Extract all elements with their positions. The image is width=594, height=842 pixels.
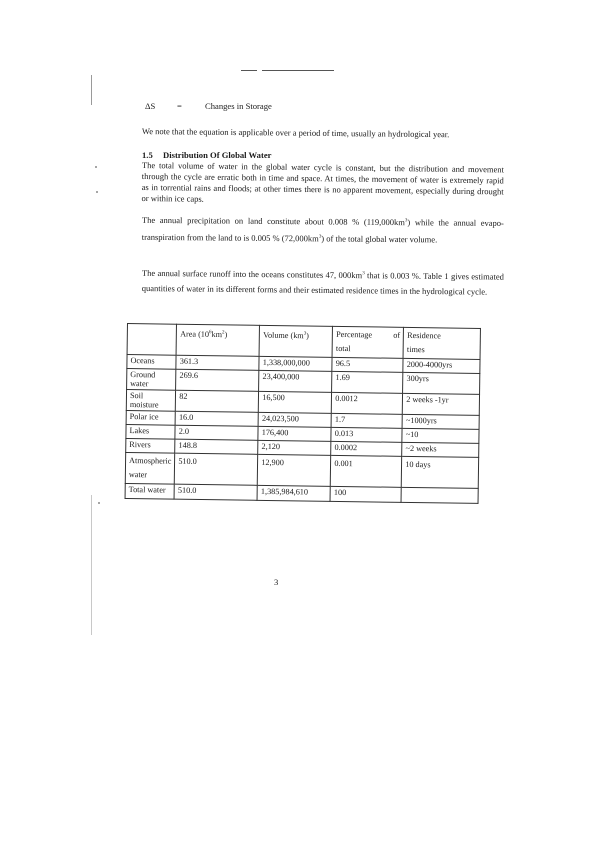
cell-area: 510.0 — [174, 484, 257, 500]
cell-residence: 2000-4000yrs — [403, 358, 480, 373]
paragraph-equation-note: We note that the equation is applicable … — [142, 126, 504, 141]
header-cell-form — [127, 324, 177, 356]
text-run: total — [336, 342, 400, 357]
text-run: water — [129, 468, 171, 483]
header-rule — [262, 70, 334, 71]
cell-form: Total water — [125, 483, 175, 499]
header-cell-volume: Volume (km3) — [259, 325, 332, 357]
cell-area: 510.0 — [175, 453, 258, 485]
cell-form: Polar ice — [126, 410, 175, 425]
equation-meaning: Changes in Storage — [205, 101, 272, 111]
text-run: of — [393, 329, 400, 343]
cell-form: Lakes — [126, 424, 175, 439]
cell-residence: ~1000yrs — [402, 414, 479, 429]
scan-margin-mark — [91, 495, 92, 635]
cell-area: 82 — [176, 390, 259, 412]
cell-percentage: 0.001 — [331, 455, 402, 487]
water-distribution-table-wrapper: Area (106km2) Volume (km3) Percentageoft… — [125, 323, 482, 504]
text-run: ) of the total global water volume. — [321, 233, 437, 244]
cell-area: 269.6 — [176, 369, 259, 391]
cell-residence: ~10 — [402, 428, 479, 443]
equation-definition: ΔS=Changes in Storage — [145, 101, 272, 111]
section-heading: 1.5Distribution Of Global Water — [142, 150, 271, 160]
cell-percentage: 1.7 — [331, 413, 402, 428]
equation-symbol: ΔS — [145, 101, 177, 111]
scan-speck — [96, 191, 98, 193]
header-cell-residence: Residencetimes — [403, 327, 480, 359]
text-run: Percentage — [336, 328, 372, 343]
text-run: The annual surface runoff into the ocean… — [142, 268, 362, 280]
cell-form: Oceans — [127, 355, 176, 370]
scan-speck — [98, 502, 100, 504]
water-distribution-table: Area (106km2) Volume (km3) Percentageoft… — [125, 323, 482, 504]
cell-volume: 12,900 — [258, 454, 331, 486]
cell-volume: 16,500 — [259, 391, 332, 413]
cell-residence: 10 days — [402, 456, 479, 488]
cell-volume: 2,120 — [258, 440, 331, 455]
cell-volume: 23,400,000 — [259, 370, 332, 392]
cell-volume: 1,338,000,000 — [259, 356, 332, 371]
cell-volume: 1,385,984,610 — [257, 485, 330, 501]
text-run: Residence — [407, 329, 477, 344]
text-run: Volume (km — [263, 331, 304, 341]
cell-form: Soil moisture — [126, 390, 176, 412]
cell-form: Atmosphericwater — [125, 452, 175, 484]
header-cell-area: Area (106km2) — [176, 324, 259, 356]
cell-residence: ~2 weeks — [402, 442, 479, 457]
text-run: ) — [306, 331, 309, 340]
section-title: Distribution Of Global Water — [163, 150, 271, 160]
text-run: km — [211, 330, 222, 339]
cell-percentage: 0.0002 — [331, 441, 402, 456]
document-page: ΔS=Changes in Storage We note that the e… — [0, 0, 594, 842]
cell-volume: 176,400 — [258, 426, 331, 441]
cell-percentage: 96.5 — [332, 357, 403, 372]
scan-margin-mark — [91, 75, 92, 105]
cell-residence: 300yrs — [403, 372, 480, 394]
cell-percentage: 100 — [330, 486, 401, 502]
cell-area: 148.8 — [175, 439, 258, 454]
text-run: The annual precipitation on land constit… — [142, 215, 405, 227]
cell-form: Rivers — [126, 438, 175, 453]
cell-residence: 2 weeks -1yr — [403, 393, 480, 415]
section-number: 1.5 — [142, 150, 163, 160]
paragraph-global-water: The total volume of water in the global … — [141, 160, 504, 208]
scan-speck — [95, 166, 97, 168]
text-run: times — [407, 343, 477, 358]
cell-form: Ground water — [127, 369, 177, 391]
cell-area: 16.0 — [175, 411, 258, 426]
cell-area: 2.0 — [175, 425, 258, 440]
cell-volume: 24,023,500 — [258, 412, 331, 427]
paragraph-runoff: The annual surface runoff into the ocean… — [142, 264, 504, 300]
text-run: Area (10 — [180, 329, 209, 338]
cell-percentage: 1.69 — [332, 371, 403, 393]
table-header-row: Area (106km2) Volume (km3) Percentageoft… — [127, 324, 481, 360]
cell-area: 361.3 — [176, 355, 259, 370]
cell-percentage: 0.0012 — [332, 392, 403, 414]
text-run: Atmospheric — [129, 454, 171, 469]
table-row: Atmosphericwater 510.0 12,900 0.001 10 d… — [125, 452, 479, 488]
text-run: ) — [224, 330, 227, 339]
cell-residence — [401, 487, 478, 503]
cell-percentage: 0.013 — [331, 427, 402, 442]
page-number: 3 — [274, 577, 278, 587]
header-cell-percentage: Percentageoftotal — [332, 326, 403, 358]
equation-equals: = — [177, 101, 205, 111]
paragraph-precipitation: The annual precipitation on land constit… — [142, 211, 504, 248]
header-rule — [241, 70, 257, 71]
